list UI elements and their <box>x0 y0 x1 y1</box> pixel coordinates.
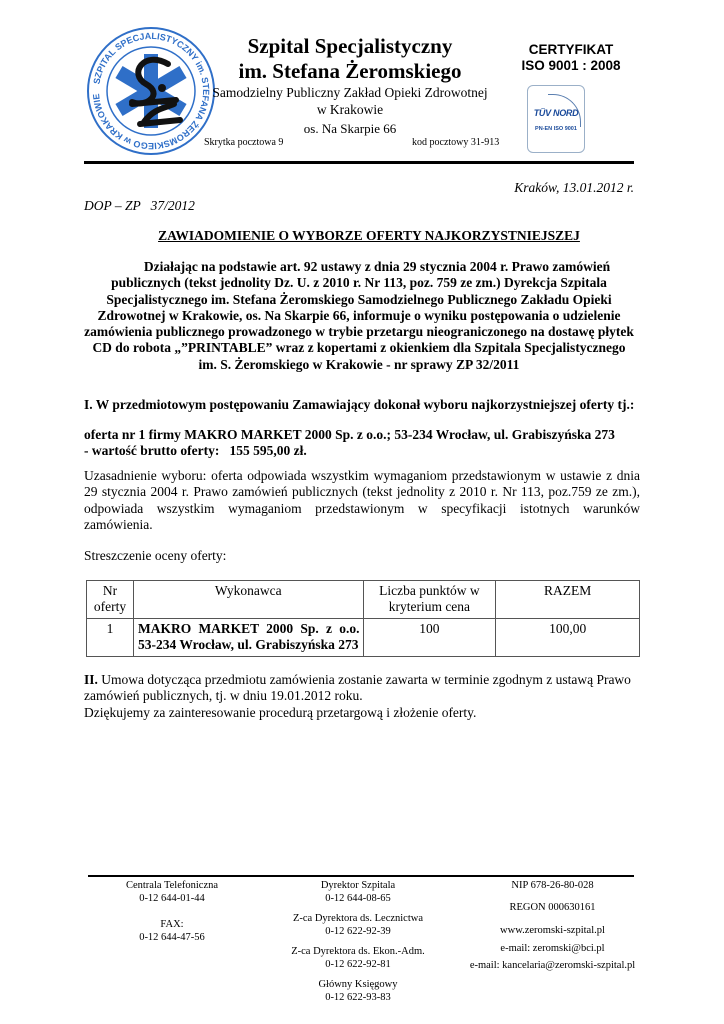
nip-number: NIP 678-26-80-028 <box>455 880 650 893</box>
hospital-subtitle-line1: Samodzielny Publiczny Zakład Opieki Zdro… <box>200 84 500 101</box>
website-link[interactable]: www.zeromski-szpital.pl <box>455 925 650 938</box>
certificate-label: CERTYFIKAT ISO 9001 : 2008 <box>508 42 634 74</box>
footer-phones: Centrala Telefoniczna 0-12 644-01-44 FAX… <box>92 880 252 944</box>
footer-registration: NIP 678-26-80-028 REGON 000630161 www.ze… <box>455 880 650 973</box>
hospital-address: os. Na Skarpie 66 <box>200 121 500 137</box>
deputy-economic-phone: 0-12 622-92-81 <box>258 959 458 972</box>
offer-vendor: oferta nr 1 firmy MAKRO MARKET 2000 Sp. … <box>84 427 644 443</box>
footer-management: Dyrektor Szpitala 0-12 644-08-65 Z-ca Dy… <box>258 880 458 1004</box>
header-total: RAZEM <box>496 581 640 619</box>
closing-text: Dziękujemy za zainteresowanie procedurą … <box>84 705 640 721</box>
email-chancellery[interactable]: e-mail: kancelaria@zeromski-szpital.pl <box>455 960 650 973</box>
document-title: ZAWIADOMIENIE O WYBORZE OFERTY NAJKORZYS… <box>84 228 634 244</box>
chief-accountant-label: Główny Księgowy <box>258 979 458 992</box>
section-2-marker: II. <box>84 672 98 687</box>
po-box: Skrytka pocztowa 9 <box>204 137 283 148</box>
header-offer-number: Nr oferty <box>87 581 134 619</box>
hospital-name-line2: im. Stefana Żeromskiego <box>200 59 500 84</box>
fax-label: FAX: <box>92 919 252 932</box>
vendor-name: MAKRO MARKET 2000 Sp. z o.o. <box>138 621 360 637</box>
hospital-name: Szpital Specjalistyczny im. Stefana Żero… <box>200 34 500 84</box>
deputy-economic-label: Z-ca Dyrektora ds. Ekon.-Adm. <box>258 946 458 959</box>
offer-gross-value: - wartość brutto oferty: 155 595,00 zł. <box>84 443 644 459</box>
email-primary[interactable]: e-mail: zeromski@bci.pl <box>455 943 650 956</box>
header-divider <box>84 161 634 164</box>
director-label: Dyrektor Szpitala <box>258 880 458 893</box>
cell-offer-number: 1 <box>87 619 134 657</box>
fax-phone: 0-12 644-47-56 <box>92 932 252 945</box>
intro-text: Działając na podstawie art. 92 ustawy z … <box>84 259 634 372</box>
hospital-subtitle-line2: w Krakowie <box>200 101 500 118</box>
chief-accountant-phone: 0-12 622-93-83 <box>258 992 458 1005</box>
postal-code: kod pocztowy 31-913 <box>412 137 499 148</box>
tuv-nord-standard: PN-EN ISO 9001 <box>529 126 583 132</box>
cell-price-points: 100 <box>363 619 496 657</box>
certificate-title: CERTYFIKAT <box>508 42 634 58</box>
hospital-logo-icon: SZPITAL SPECJALISTYCZNY im. STEFANA ŻERO… <box>84 24 218 158</box>
tuv-nord-name: TÜV NORD <box>529 108 583 118</box>
place-date: Kraków, 13.01.2012 r. <box>440 180 634 196</box>
cell-vendor: MAKRO MARKET 2000 Sp. z o.o. 53-234 Wroc… <box>133 619 363 657</box>
intro-paragraph: Działając na podstawie art. 92 ustawy z … <box>84 259 634 373</box>
deputy-medical-phone: 0-12 622-92-39 <box>258 926 458 939</box>
header-vendor: Wykonawca <box>133 581 363 619</box>
hospital-subtitle: Samodzielny Publiczny Zakład Opieki Zdro… <box>200 84 500 118</box>
regon-number: REGON 000630161 <box>455 902 650 915</box>
table-row: 1 MAKRO MARKET 2000 Sp. z o.o. 53-234 Wr… <box>87 619 640 657</box>
reference-number: DOP – ZP 37/2012 <box>84 198 195 214</box>
justification-paragraph: Uzasadnienie wyboru: oferta odpowiada ws… <box>84 468 640 533</box>
hospital-name-line1: Szpital Specjalistyczny <box>200 34 500 59</box>
footer-divider <box>88 875 634 877</box>
certificate-standard: ISO 9001 : 2008 <box>508 58 634 74</box>
evaluation-summary-label: Streszczenie oceny oferty: <box>84 548 226 564</box>
section-2-paragraph: II. Umowa dotycząca przedmiotu zamówieni… <box>84 672 640 705</box>
cell-total: 100,00 <box>496 619 640 657</box>
section-2: II. Umowa dotycząca przedmiotu zamówieni… <box>84 672 640 721</box>
switchboard-label: Centrala Telefoniczna <box>92 880 252 893</box>
table-header-row: Nr oferty Wykonawca Liczba punktów w kry… <box>87 581 640 619</box>
vendor-address: 53-234 Wrocław, ul. Grabiszyńska 273 <box>138 637 360 653</box>
section-1-heading: I. W przedmiotowym postępowaniu Zamawiaj… <box>84 397 644 413</box>
selected-offer: oferta nr 1 firmy MAKRO MARKET 2000 Sp. … <box>84 427 644 459</box>
director-phone: 0-12 644-08-65 <box>258 893 458 906</box>
switchboard-phone: 0-12 644-01-44 <box>92 893 252 906</box>
deputy-medical-label: Z-ca Dyrektora ds. Lecznictwa <box>258 913 458 926</box>
section-2-text: Umowa dotycząca przedmiotu zamówienia zo… <box>84 672 631 703</box>
header-price-points: Liczba punktów w kryterium cena <box>363 581 496 619</box>
evaluation-table: Nr oferty Wykonawca Liczba punktów w kry… <box>86 580 640 657</box>
